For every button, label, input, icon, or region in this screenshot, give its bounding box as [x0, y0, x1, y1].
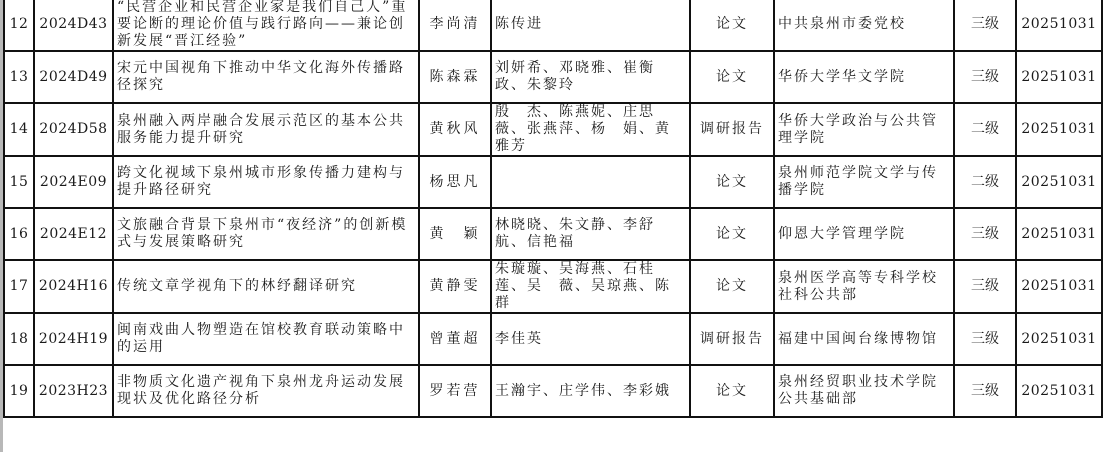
- row-number: 18: [4, 313, 34, 365]
- award-level: 三级: [954, 365, 1016, 417]
- project-title: 跨文化视域下泉州城市形象传播力建构与提升路径研究: [113, 156, 419, 208]
- organization: 仰恩大学管理学院: [774, 208, 954, 260]
- award-level: 三级: [954, 260, 1016, 313]
- project-members: 刘妍希、邓晓雅、崔衡政、朱黎玲: [491, 51, 690, 103]
- result-type: 论文: [690, 51, 774, 103]
- result-type: 调研报告: [690, 313, 774, 365]
- project-leader: 黄秋风: [419, 103, 491, 156]
- organization: 福建中国闽台缘博物馆: [774, 313, 954, 365]
- award-level: 二级: [954, 156, 1016, 208]
- table-row: 13 2024D49 宋元中国视角下推动中华文化海外传播路径探究 陈森霖 刘妍希…: [4, 51, 1102, 103]
- project-leader: 陈森霖: [419, 51, 491, 103]
- organization: 中共泉州市委党校: [774, 0, 954, 51]
- project-members: 朱璇璇、吴海燕、石桂莲、吴 薇、吴琼燕、陈 群: [491, 260, 690, 313]
- award-level: 二级: [954, 103, 1016, 156]
- project-leader: 李尚清: [419, 0, 491, 51]
- project-title: 闽南戏曲人物塑造在馆校教育联动策略中的运用: [113, 313, 419, 365]
- project-code: 2024D58: [34, 103, 113, 156]
- award-level: 三级: [954, 313, 1016, 365]
- project-code: 2024D43: [34, 0, 113, 51]
- project-leader: 黄 颖: [419, 208, 491, 260]
- completion-date: 20251031: [1016, 365, 1102, 417]
- organization: 泉州师范学院文学与传播学院: [774, 156, 954, 208]
- project-members: 殷 杰、陈燕妮、庄思薇、张燕萍、杨 娟、黄雅芳: [491, 103, 690, 156]
- project-leader: 黄静雯: [419, 260, 491, 313]
- project-leader: 曾董超: [419, 313, 491, 365]
- row-number: 12: [4, 0, 34, 51]
- table-row: 15 2024E09 跨文化视域下泉州城市形象传播力建构与提升路径研究 杨思凡 …: [4, 156, 1102, 208]
- row-number: 19: [4, 365, 34, 417]
- project-title: 宋元中国视角下推动中华文化海外传播路径探究: [113, 51, 419, 103]
- project-title: 文旅融合背景下泉州市“夜经济”的创新模式与发展策略研究: [113, 208, 419, 260]
- table-row: 17 2024H16 传统文章学视角下的林纾翻译研究 黄静雯 朱璇璇、吴海燕、石…: [4, 260, 1102, 313]
- project-members: 李佳英: [491, 313, 690, 365]
- completion-date: 20251031: [1016, 156, 1102, 208]
- organization: 华侨大学政治与公共管理学院: [774, 103, 954, 156]
- project-title: “民营企业和民营企业家是我们自己人”重要论断的理论价值与践行路向——兼论创新发展…: [113, 0, 419, 51]
- project-members: [491, 156, 690, 208]
- completion-date: 20251031: [1016, 260, 1102, 313]
- result-type: 论文: [690, 260, 774, 313]
- project-code: 2024E12: [34, 208, 113, 260]
- organization: 泉州医学高等专科学校社科公共部: [774, 260, 954, 313]
- project-members: 林晓晓、朱文静、李舒航、信艳福: [491, 208, 690, 260]
- project-code: 2024H19: [34, 313, 113, 365]
- organization: 泉州经贸职业技术学院公共基础部: [774, 365, 954, 417]
- row-number: 16: [4, 208, 34, 260]
- result-type: 论文: [690, 365, 774, 417]
- project-leader: 罗若营: [419, 365, 491, 417]
- completion-date: 20251031: [1016, 51, 1102, 103]
- table-row: 12 2024D43 “民营企业和民营企业家是我们自己人”重要论断的理论价值与践…: [4, 0, 1102, 51]
- project-code: 2023H23: [34, 365, 113, 417]
- table-row: 19 2023H23 非物质文化遗产视角下泉州龙舟运动发展现状及优化路径分析 罗…: [4, 365, 1102, 417]
- completion-date: 20251031: [1016, 208, 1102, 260]
- project-title: 泉州融入两岸融合发展示范区的基本公共服务能力提升研究: [113, 103, 419, 156]
- row-number: 13: [4, 51, 34, 103]
- row-number: 14: [4, 103, 34, 156]
- award-level: 三级: [954, 0, 1016, 51]
- project-members: 王瀚宇、庄学伟、李彩娥: [491, 365, 690, 417]
- award-level: 三级: [954, 51, 1016, 103]
- project-leader: 杨思凡: [419, 156, 491, 208]
- project-title: 传统文章学视角下的林纾翻译研究: [113, 260, 419, 313]
- project-code: 2024H16: [34, 260, 113, 313]
- result-type: 论文: [690, 208, 774, 260]
- table-row: 16 2024E12 文旅融合背景下泉州市“夜经济”的创新模式与发展策略研究 黄…: [4, 208, 1102, 260]
- project-title: 非物质文化遗产视角下泉州龙舟运动发展现状及优化路径分析: [113, 365, 419, 417]
- row-number: 17: [4, 260, 34, 313]
- result-type: 论文: [690, 156, 774, 208]
- table-row: 18 2024H19 闽南戏曲人物塑造在馆校教育联动策略中的运用 曾董超 李佳英…: [4, 313, 1102, 365]
- row-number: 15: [4, 156, 34, 208]
- project-members: 陈传进: [491, 0, 690, 51]
- result-type: 论文: [690, 0, 774, 51]
- completion-date: 20251031: [1016, 103, 1102, 156]
- completion-date: 20251031: [1016, 313, 1102, 365]
- completion-date: 20251031: [1016, 0, 1102, 51]
- organization: 华侨大学华文学院: [774, 51, 954, 103]
- project-code: 2024E09: [34, 156, 113, 208]
- project-results-table: 12 2024D43 “民营企业和民营企业家是我们自己人”重要论断的理论价值与践…: [3, 0, 1103, 418]
- project-code: 2024D49: [34, 51, 113, 103]
- award-level: 三级: [954, 208, 1016, 260]
- table-row: 14 2024D58 泉州融入两岸融合发展示范区的基本公共服务能力提升研究 黄秋…: [4, 103, 1102, 156]
- result-type: 调研报告: [690, 103, 774, 156]
